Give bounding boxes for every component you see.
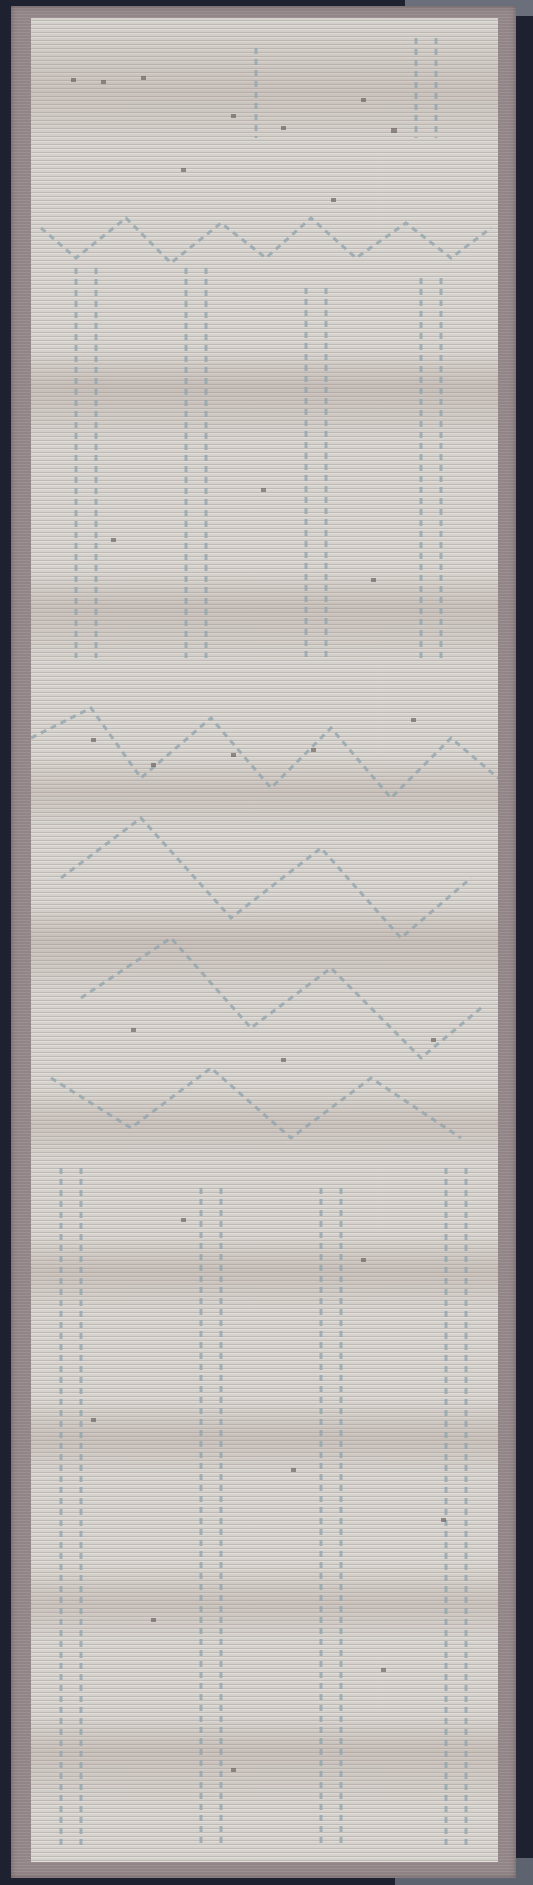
rug-motif-pattern <box>31 18 498 1862</box>
rug-field <box>31 18 498 1862</box>
diamond-lattice <box>81 938 481 1058</box>
diamond-lattice <box>51 1068 461 1138</box>
rug <box>11 6 516 1878</box>
diamond-lattice <box>61 818 471 938</box>
zigzag-motif <box>31 708 498 798</box>
zigzag-motif <box>41 218 491 263</box>
